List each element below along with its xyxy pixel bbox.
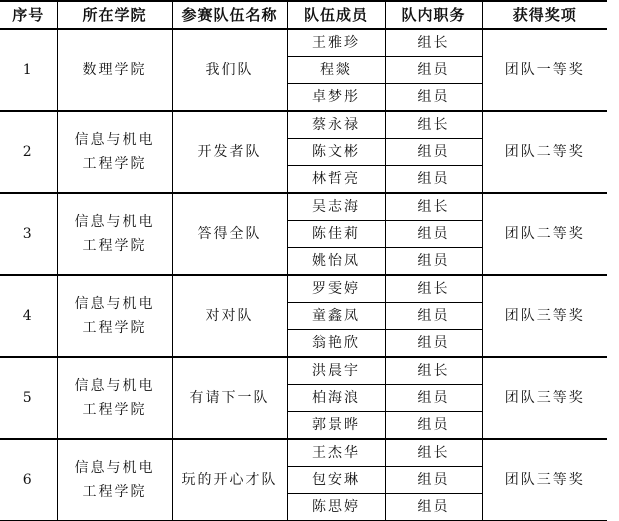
- member-name: 洪晨宇: [287, 357, 385, 385]
- college-name-line2: 工程学院: [83, 238, 147, 254]
- team-name: 开发者队: [172, 111, 287, 193]
- member-name: 王雅珍: [287, 29, 385, 57]
- team-college: 信息与机电工程学院: [57, 357, 172, 439]
- table-row: 3 信息与机电工程学院 答得全队 吴志海 组长 团队二等奖: [0, 193, 607, 221]
- header-index: 序号: [0, 1, 57, 29]
- team-index: 1: [0, 29, 57, 111]
- member-name: 柏海浪: [287, 385, 385, 412]
- member-name: 吴志海: [287, 193, 385, 221]
- header-award: 获得奖项: [482, 1, 607, 29]
- member-name: 翁艳欣: [287, 330, 385, 358]
- team-college: 信息与机电工程学院: [57, 111, 172, 193]
- header-members: 队伍成员: [287, 1, 385, 29]
- team-college: 数理学院: [57, 29, 172, 111]
- member-role: 组长: [385, 275, 482, 303]
- college-name-line1: 信息与机电: [75, 460, 155, 476]
- team-award: 团队二等奖: [482, 193, 607, 275]
- team-award: 团队二等奖: [482, 111, 607, 193]
- table-row: 2 信息与机电工程学院 开发者队 蔡永禄 组长 团队二等奖: [0, 111, 607, 139]
- team-index: 5: [0, 357, 57, 439]
- member-role: 组长: [385, 193, 482, 221]
- team-index: 2: [0, 111, 57, 193]
- header-role: 队内职务: [385, 1, 482, 29]
- college-name-line2: 工程学院: [83, 402, 147, 418]
- awards-table: 序号 所在学院 参赛队伍名称 队伍成员 队内职务 获得奖项 1 数理学院 我们队…: [0, 0, 607, 521]
- member-name: 姚怡凤: [287, 248, 385, 276]
- team-award: 团队一等奖: [482, 29, 607, 111]
- team-name: 对对队: [172, 275, 287, 357]
- college-name-line2: 工程学院: [83, 320, 147, 336]
- member-role: 组长: [385, 29, 482, 57]
- member-role: 组员: [385, 57, 482, 84]
- member-role: 组员: [385, 221, 482, 248]
- member-name: 陈文彬: [287, 139, 385, 166]
- table-row: 4 信息与机电工程学院 对对队 罗雯婷 组长 团队三等奖: [0, 275, 607, 303]
- member-name: 童鑫凤: [287, 303, 385, 330]
- member-name: 林哲亮: [287, 166, 385, 194]
- member-name: 郭景晔: [287, 412, 385, 440]
- member-role: 组员: [385, 139, 482, 166]
- team-award: 团队三等奖: [482, 357, 607, 439]
- team-award: 团队三等奖: [482, 439, 607, 521]
- team-college: 信息与机电工程学院: [57, 193, 172, 275]
- college-name-line1: 信息与机电: [75, 378, 155, 394]
- team-name: 答得全队: [172, 193, 287, 275]
- table-row: 5 信息与机电工程学院 有请下一队 洪晨宇 组长 团队三等奖: [0, 357, 607, 385]
- member-name: 王杰华: [287, 439, 385, 467]
- table-row: 6 信息与机电工程学院 玩的开心才队 王杰华 组长 团队三等奖: [0, 439, 607, 467]
- member-name: 蔡永禄: [287, 111, 385, 139]
- member-role: 组员: [385, 84, 482, 112]
- member-role: 组员: [385, 330, 482, 358]
- team-award: 团队三等奖: [482, 275, 607, 357]
- college-name: 数理学院: [83, 58, 147, 82]
- header-college: 所在学院: [57, 1, 172, 29]
- member-name: 陈思婷: [287, 494, 385, 521]
- team-college: 信息与机电工程学院: [57, 439, 172, 521]
- team-index: 3: [0, 193, 57, 275]
- team-index: 4: [0, 275, 57, 357]
- team-name: 有请下一队: [172, 357, 287, 439]
- member-role: 组员: [385, 467, 482, 494]
- header-team-name: 参赛队伍名称: [172, 1, 287, 29]
- member-role: 组员: [385, 166, 482, 194]
- team-name: 我们队: [172, 29, 287, 111]
- college-name-line1: 信息与机电: [75, 132, 155, 148]
- header-row: 序号 所在学院 参赛队伍名称 队伍成员 队内职务 获得奖项: [0, 1, 607, 29]
- table-row: 1 数理学院 我们队 王雅珍 组长 团队一等奖: [0, 29, 607, 57]
- member-role: 组员: [385, 248, 482, 276]
- college-name-line2: 工程学院: [83, 484, 147, 500]
- team-index: 6: [0, 439, 57, 521]
- college-name-line2: 工程学院: [83, 156, 147, 172]
- member-role: 组员: [385, 303, 482, 330]
- member-role: 组长: [385, 111, 482, 139]
- college-name-line1: 信息与机电: [75, 296, 155, 312]
- member-name: 陈佳莉: [287, 221, 385, 248]
- team-college: 信息与机电工程学院: [57, 275, 172, 357]
- member-name: 罗雯婷: [287, 275, 385, 303]
- member-role: 组员: [385, 494, 482, 521]
- college-name-line1: 信息与机电: [75, 214, 155, 230]
- member-role: 组员: [385, 412, 482, 440]
- member-role: 组长: [385, 439, 482, 467]
- member-name: 包安琳: [287, 467, 385, 494]
- team-name: 玩的开心才队: [172, 439, 287, 521]
- member-name: 卓梦彤: [287, 84, 385, 112]
- member-role: 组员: [385, 385, 482, 412]
- member-name: 程燚: [287, 57, 385, 84]
- member-role: 组长: [385, 357, 482, 385]
